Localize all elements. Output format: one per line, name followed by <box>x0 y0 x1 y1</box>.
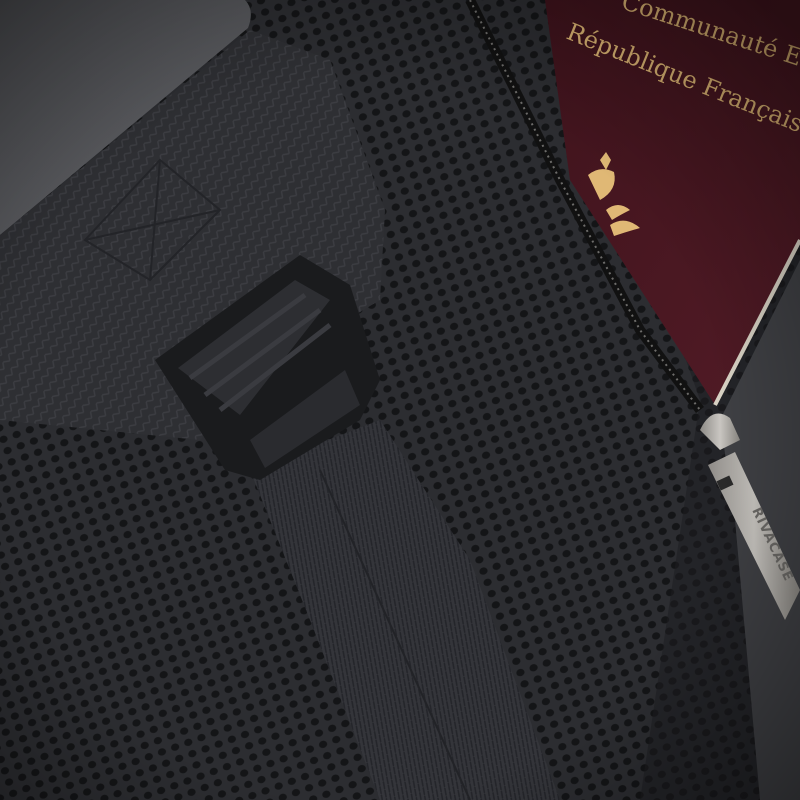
photo-canvas: Communauté Européenne République Françai… <box>0 0 800 800</box>
product-photo: Communauté Européenne République Françai… <box>0 0 800 800</box>
